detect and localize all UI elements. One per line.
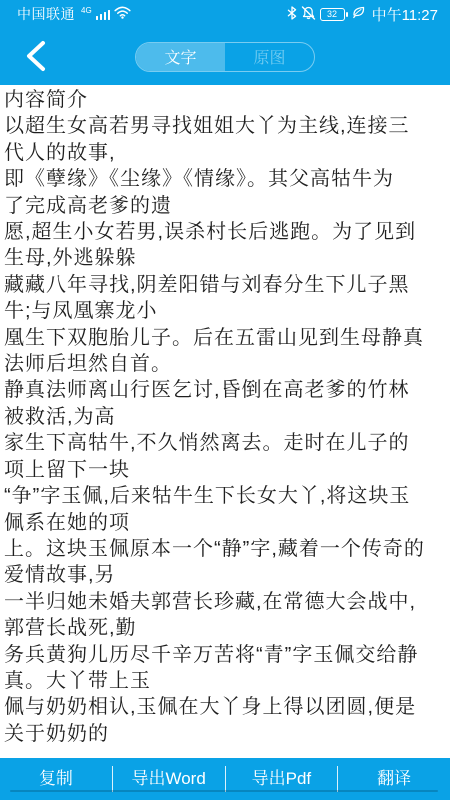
export-word-button[interactable]: 导出Word xyxy=(113,758,225,800)
content-area[interactable]: 内容简介 以超生女高若男寻找姐姐大丫为主线,连接三 代人的故事, 即《孽缘》《尘… xyxy=(0,85,450,758)
status-bar: 中国联通 4G xyxy=(0,0,450,28)
mute-bell-icon xyxy=(301,6,316,23)
status-bar-right: 32 中午11:27 xyxy=(287,4,438,25)
clock-label: 中午11:27 xyxy=(372,4,438,25)
copy-button[interactable]: 复制 xyxy=(0,758,112,800)
app-screen: 中国联通 4G xyxy=(0,0,450,800)
bluetooth-icon xyxy=(287,6,297,23)
view-mode-segmented-control: 文字 原图 xyxy=(135,42,315,72)
network-4g-badge: 4G xyxy=(81,6,92,15)
battery-level-label: 32 xyxy=(327,9,337,19)
translate-button[interactable]: 翻译 xyxy=(338,758,450,800)
back-button[interactable] xyxy=(16,38,56,78)
status-bar-left: 中国联通 4G xyxy=(17,4,131,24)
bottom-toolbar: 复制 导出Word 导出Pdf 翻译 xyxy=(0,758,450,800)
export-pdf-button[interactable]: 导出Pdf xyxy=(226,758,338,800)
ocr-result-text: 内容简介 以超生女高若男寻找姐姐大丫为主线,连接三 代人的故事, 即《孽缘》《尘… xyxy=(4,87,446,747)
carrier-label: 中国联通 xyxy=(17,4,75,24)
signal-strength-icon xyxy=(96,9,111,20)
tab-text[interactable]: 文字 xyxy=(136,43,225,71)
nav-bar: 文字 原图 xyxy=(0,28,450,85)
wifi-icon xyxy=(114,6,131,22)
battery-icon: 32 xyxy=(320,8,345,21)
power-save-leaf-icon xyxy=(352,6,365,22)
tab-text-label: 文字 xyxy=(164,45,196,68)
tab-original-image[interactable]: 原图 xyxy=(225,43,314,71)
chevron-left-icon xyxy=(24,39,48,78)
tab-original-image-label: 原图 xyxy=(253,45,285,68)
